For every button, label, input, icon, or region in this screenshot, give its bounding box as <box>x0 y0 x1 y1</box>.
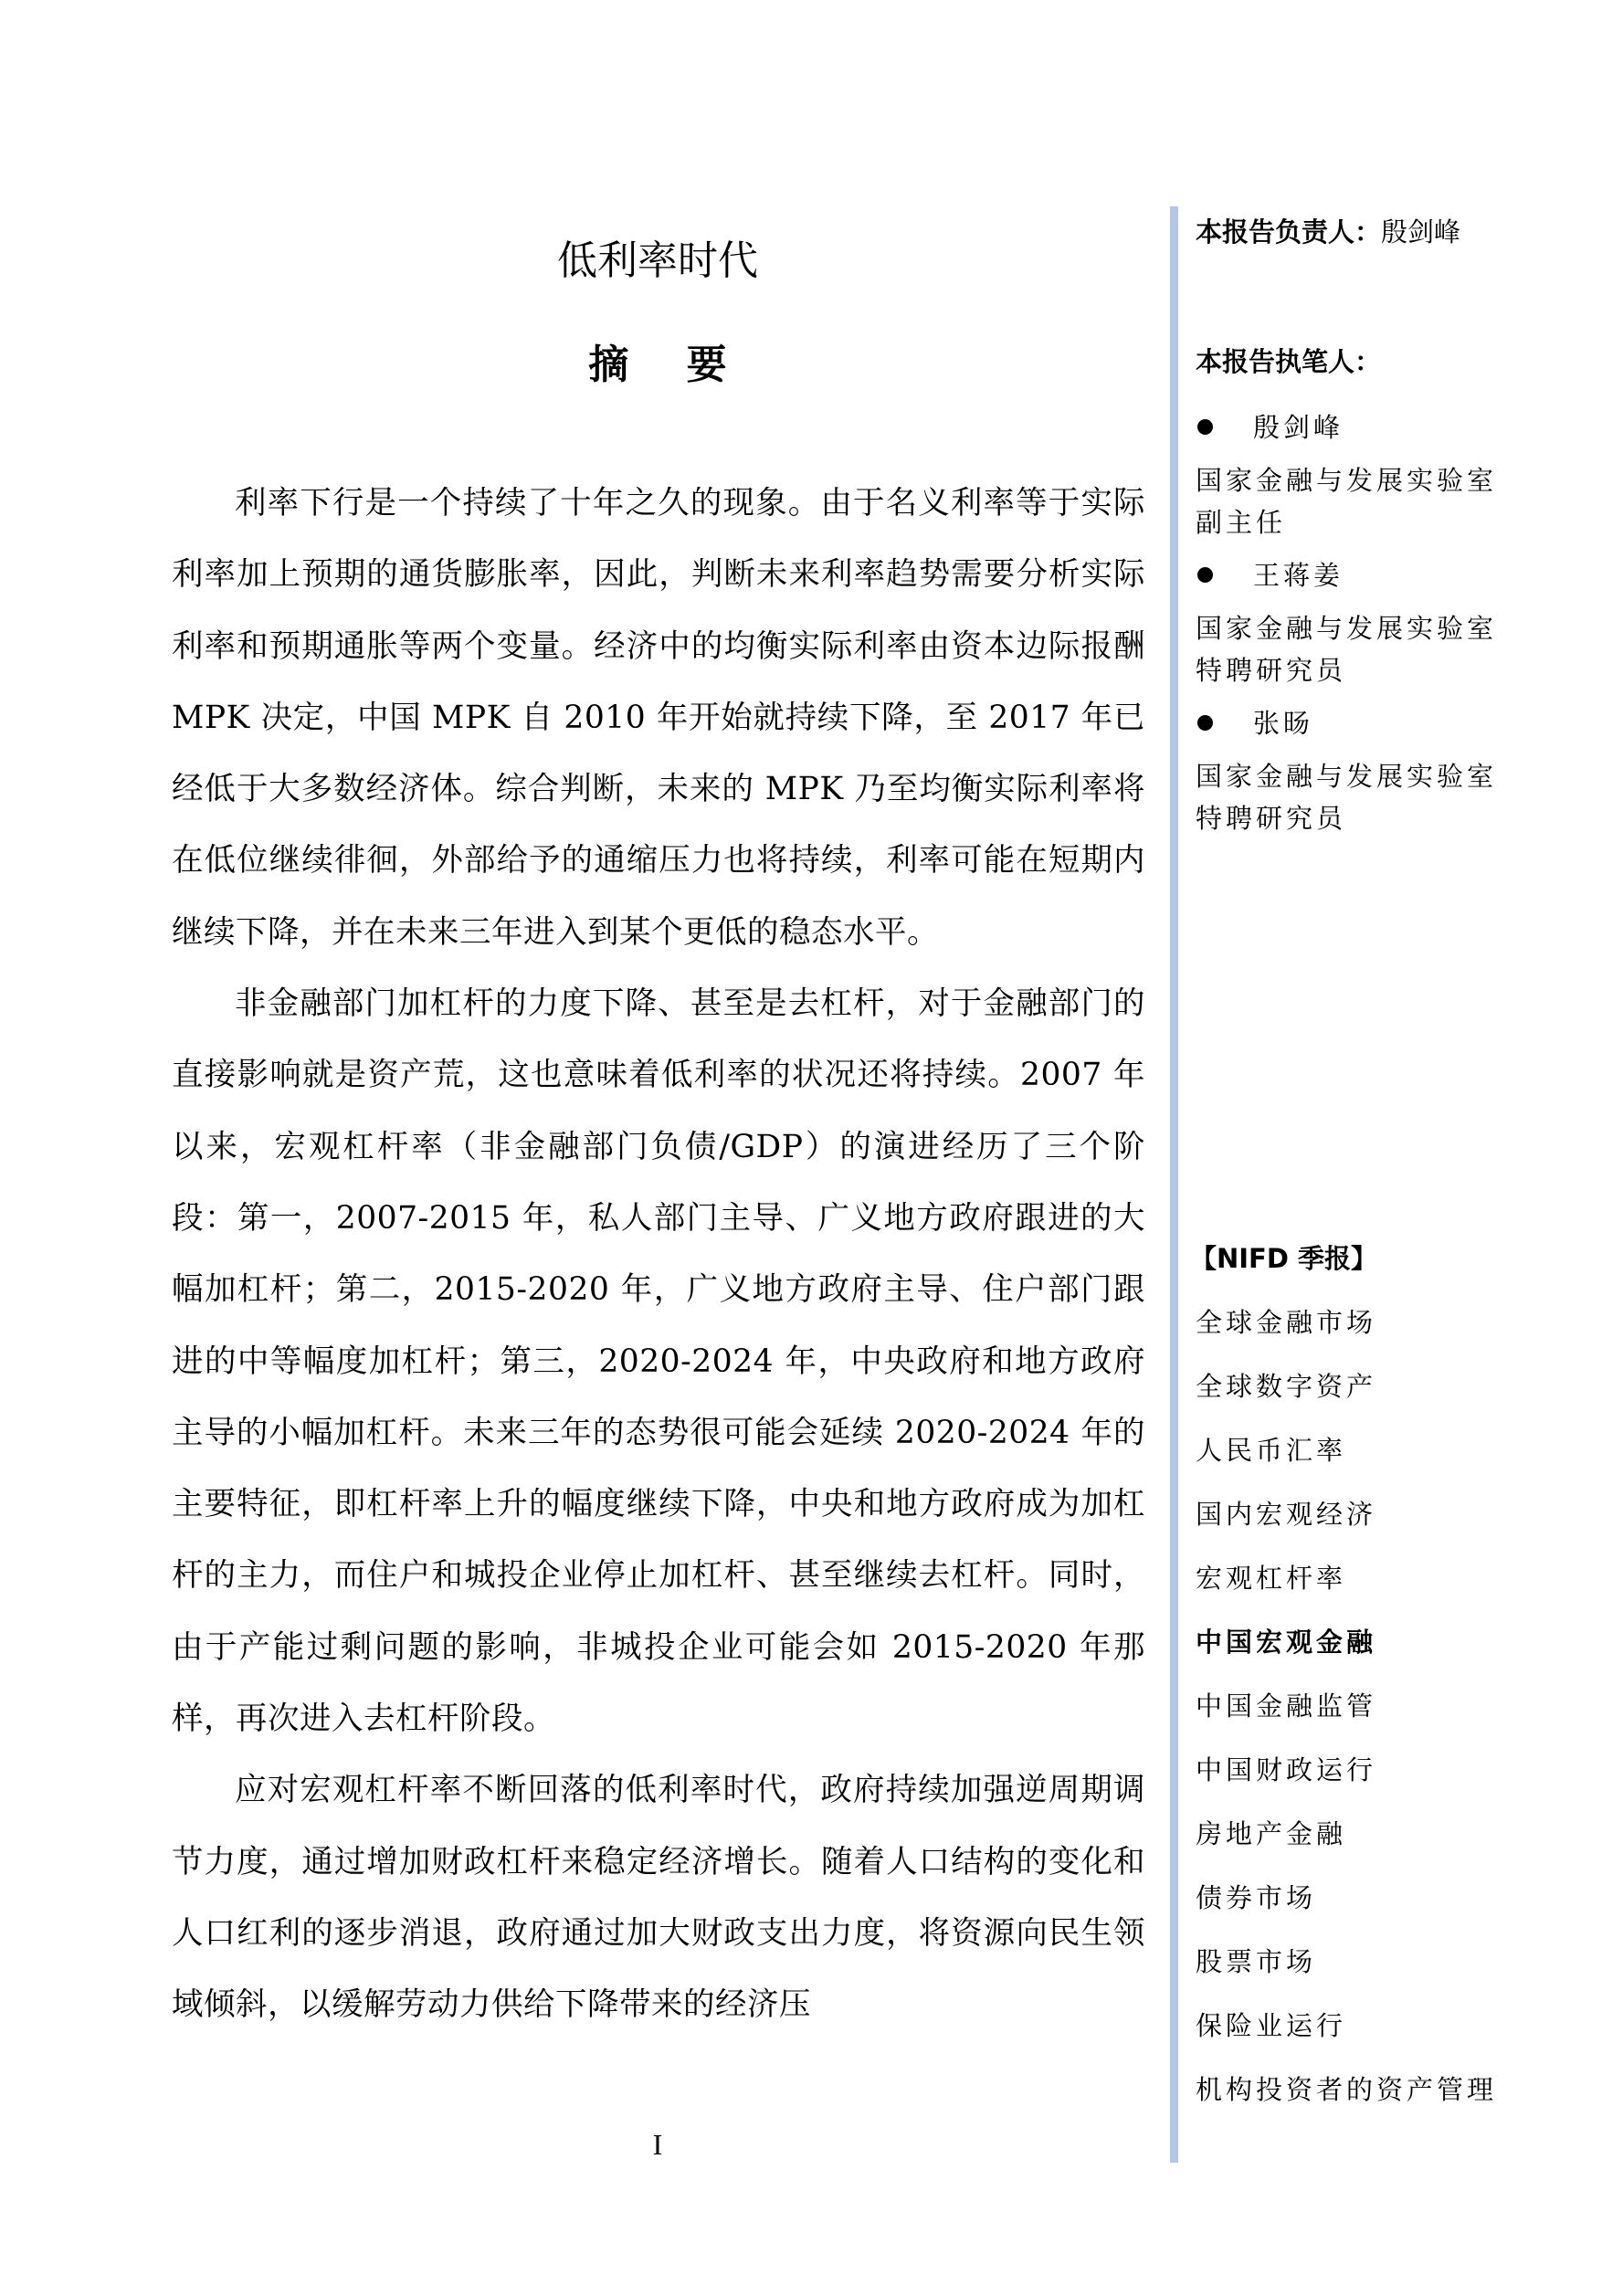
bullet-icon <box>1197 567 1213 583</box>
series-item[interactable]: 全球数字资产 <box>1196 1366 1376 1404</box>
author-name: 王蒋姜 <box>1253 560 1344 591</box>
author-3: 张旸 <box>1196 703 1313 741</box>
lead-name: 殷剑峰 <box>1381 216 1460 248</box>
series-item[interactable]: 房地产金融 <box>1196 1814 1346 1851</box>
author-1: 殷剑峰 <box>1196 407 1344 445</box>
series-item[interactable]: 中国财政运行 <box>1196 1750 1376 1787</box>
abstract-body: 利率下行是一个持续了十年之久的现象。由于名义利率等于实际利率加上预期的通货膨胀率… <box>172 468 1145 2041</box>
lead-label: 本报告负责人： <box>1196 216 1381 248</box>
report-lead: 本报告负责人：殷剑峰 <box>1196 212 1460 249</box>
page-number: I <box>0 2128 1315 2162</box>
sidebar-accent-bar <box>1170 206 1178 2163</box>
series-item[interactable]: 宏观杠杆率 <box>1196 1558 1346 1596</box>
author-2-affiliation: 国家金融与发展实验室 <box>1196 608 1497 646</box>
paragraph-3: 应对宏观杠杆率不断回落的低利率时代，政府持续加强逆周期调节力度，通过增加财政杠杆… <box>172 1754 1145 2040</box>
author-2: 王蒋姜 <box>1196 555 1344 593</box>
author-name: 殷剑峰 <box>1253 412 1344 443</box>
author-2-title: 特聘研究员 <box>1196 650 1346 688</box>
report-title: 低利率时代 <box>174 236 1142 287</box>
series-label: 【NIFD 季报】 <box>1190 1238 1377 1276</box>
author-1-title: 副主任 <box>1196 502 1286 540</box>
series-item[interactable]: 中国金融监管 <box>1196 1686 1376 1723</box>
author-3-title: 特聘研究员 <box>1196 798 1346 836</box>
authors-label: 本报告执笔人： <box>1196 342 1381 379</box>
abstract-heading: 摘 要 <box>174 340 1142 391</box>
series-item[interactable]: 股票市场 <box>1196 1942 1316 1979</box>
author-3-affiliation: 国家金融与发展实验室 <box>1196 756 1497 794</box>
series-item[interactable]: 人民币汇率 <box>1196 1430 1346 1468</box>
author-name: 张旸 <box>1253 708 1313 739</box>
series-item[interactable]: 全球金融市场 <box>1196 1302 1376 1340</box>
author-1-affiliation: 国家金融与发展实验室 <box>1196 460 1497 498</box>
series-item-current[interactable]: 中国宏观金融 <box>1196 1622 1376 1659</box>
bullet-icon <box>1197 715 1213 731</box>
series-item[interactable]: 债券市场 <box>1196 1878 1316 1915</box>
series-item[interactable]: 保险业运行 <box>1196 2006 1346 2043</box>
series-item[interactable]: 机构投资者的资产管理 <box>1196 2070 1497 2107</box>
paragraph-1: 利率下行是一个持续了十年之久的现象。由于名义利率等于实际利率加上预期的通货膨胀率… <box>172 468 1145 968</box>
series-item[interactable]: 国内宏观经济 <box>1196 1494 1376 1532</box>
bullet-icon <box>1197 419 1213 435</box>
paragraph-2: 非金融部门加杠杆的力度下降、甚至是去杠杆，对于金融部门的直接影响就是资产荒，这也… <box>172 968 1145 1754</box>
